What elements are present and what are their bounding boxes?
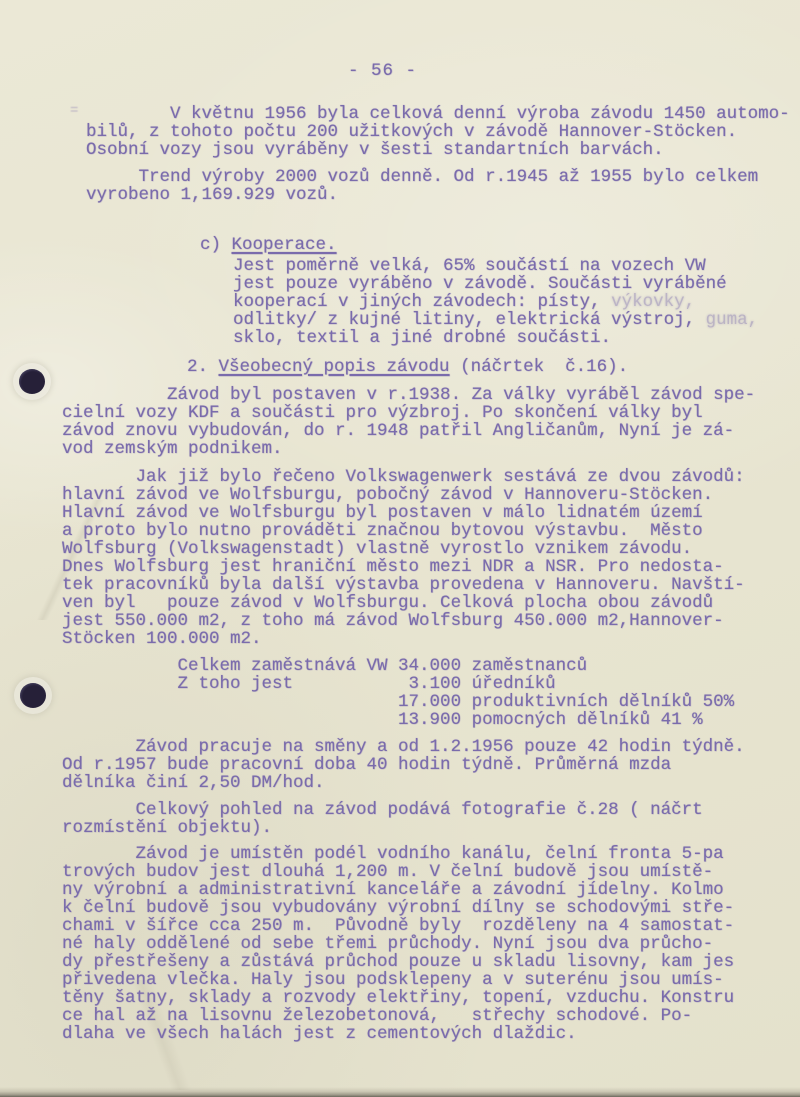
page-bottom-shadow: [0, 1087, 800, 1097]
paragraph-plant-history: Závod byl postaven v r.1938. Za války vy…: [62, 386, 790, 458]
page-number: - 56 -: [348, 62, 790, 80]
heading-section2-suffix: (náčrtek č.16).: [450, 357, 629, 377]
employee-figures: Celkem zaměstnává VW 34.000 zaměstnanců …: [62, 657, 790, 729]
heading-general-description: 2. Všeobecný popis závodu (náčrtek č.16)…: [187, 358, 790, 376]
heading-kooperace-label: Kooperace.: [232, 235, 337, 255]
heading-section2-label: Všeobecný popis závodu: [219, 357, 450, 377]
paragraph-two-plants: Jak již bylo řečeno Volkswagenwerk sestá…: [62, 468, 790, 648]
kooperace-faint-word: guma,: [706, 310, 759, 330]
paragraph-may-1956-production: V květnu 1956 byla celková denní výroba …: [86, 105, 790, 159]
heading-kooperace: c) Kooperace.: [200, 236, 790, 254]
paragraph-production-trend: Trend výroby 2000 vozů denně. Od r.1945 …: [86, 168, 790, 204]
kooperace-faint-word: výkovky,: [611, 292, 695, 312]
kooperace-text: odlitky/ z kujné litiny, elektrická výst…: [233, 310, 706, 330]
paragraph-plant-layout: Závod je umístěn podél vodního kanálu, č…: [62, 845, 790, 1043]
paragraph-photo-reference: Celkový pohled na závod podává fotografi…: [62, 801, 790, 837]
kooperace-text: sklo, textil a jiné drobné součásti.: [233, 328, 611, 348]
heading-section2-prefix: 2.: [187, 357, 219, 377]
paragraph-kooperace: Jest poměrně velká, 65% součástí na voze…: [233, 257, 790, 347]
paragraph-shifts-wages: Závod pracuje na směny a od 1.2.1956 pou…: [62, 738, 790, 792]
typewritten-text: - 56 - V květnu 1956 byla celková denní …: [0, 0, 800, 1043]
heading-kooperace-prefix: c): [200, 235, 232, 255]
document-page: = - 56 - V květnu 1956 byla celková denn…: [0, 0, 800, 1097]
